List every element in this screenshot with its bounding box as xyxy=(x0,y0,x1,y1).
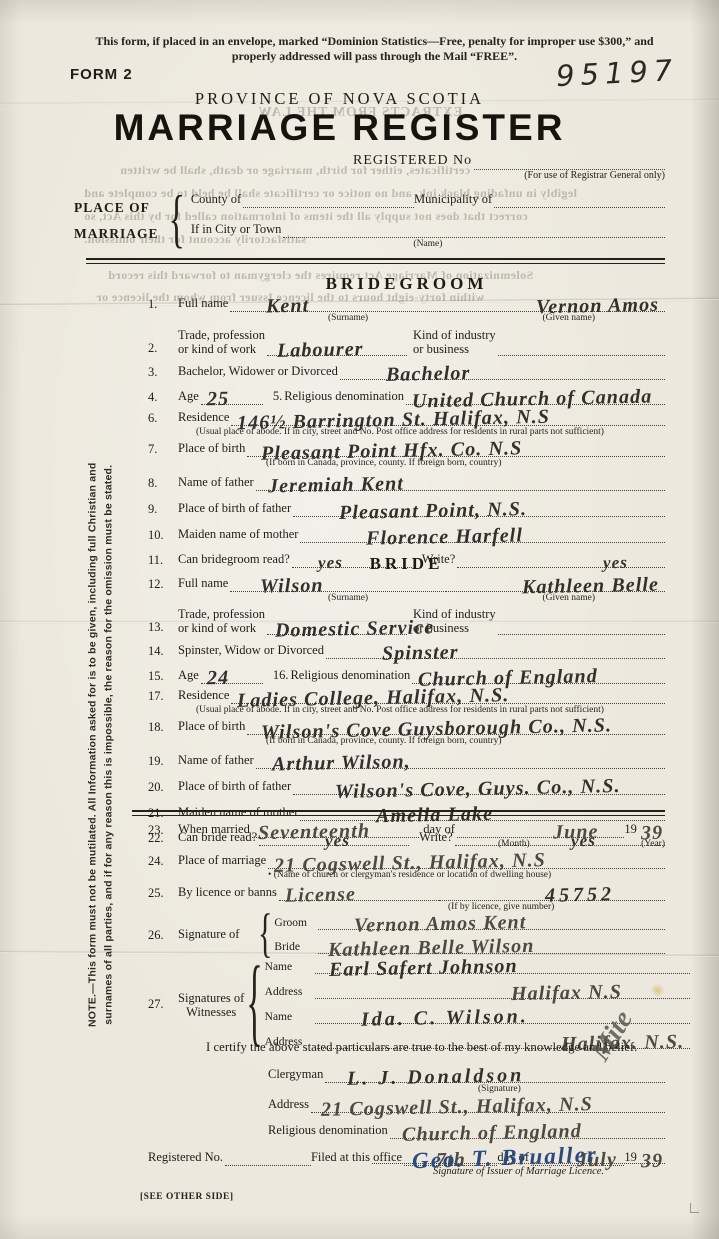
handwritten-day-written: Seventeenth xyxy=(252,827,376,839)
field-licence-banns: 25. By licence or banns License 45752 xyxy=(148,885,665,901)
handwritten-issuer-signature: Geo. T. Brualler xyxy=(412,1149,598,1166)
field-number: 14. xyxy=(148,644,178,659)
field-signatures-witnesses: 27. Signatures ofWitnesses { Name Earl S… xyxy=(148,960,665,1049)
bridegroom-heading: BRIDEGROOM xyxy=(148,274,665,294)
handwritten-surname: Wilson xyxy=(254,581,330,592)
field-number: 8. xyxy=(148,476,178,491)
address-label: Address xyxy=(268,1097,311,1113)
bride-signature-row: Bride Kathleen Belle Wilson xyxy=(274,940,665,954)
handwritten-given-name: Kathleen Belle xyxy=(516,580,665,592)
registered-no-blank xyxy=(474,156,665,170)
municipality-blank xyxy=(494,194,665,208)
field-number: 6. xyxy=(148,411,178,426)
field-number2: 5. xyxy=(263,389,284,405)
field-label: Residence xyxy=(178,688,231,704)
county-label: County of xyxy=(191,192,243,208)
field-bachelor: 3. Bachelor, Widower or Divorced Bachelo… xyxy=(148,364,665,380)
label-line1: Trade, profession xyxy=(178,328,265,342)
handwritten-bride-signature: Kathleen Belle Wilson xyxy=(322,942,541,956)
field-number: 20. xyxy=(148,780,178,795)
witness1-address-row: Address Halifax N.S xyxy=(265,985,690,999)
registered-no-line: REGISTERED No xyxy=(353,153,665,170)
witness1-name-row: Name Earl Safert Johnson xyxy=(265,960,690,974)
field-number: 2. xyxy=(148,341,178,356)
field-number2: 16. xyxy=(263,668,291,684)
denomination-label: Religious denomination xyxy=(290,668,412,684)
surname-note: (Surname) xyxy=(328,593,368,603)
municipality-label: Municipality of xyxy=(414,192,494,208)
field-signatures-couple: 26. Signature of { Groom Vernon Amos Ken… xyxy=(148,916,665,954)
county-blank xyxy=(243,194,414,208)
handwritten-witness1-address: Halifax N.S xyxy=(505,988,628,1000)
field-number: 7. xyxy=(148,442,178,457)
field-age-denomination-groom: 4. Age 25 5. Religious denomination Unit… xyxy=(148,389,665,405)
clergyman-denomination-row: Religious denomination Church of England xyxy=(268,1123,665,1139)
side-note: NOTE.—This form must not be mutilated. A… xyxy=(85,435,117,1055)
handwritten-residence: 146½ Barrington St. Halifax, N.S xyxy=(231,413,556,429)
place-label-line2: MARRIAGE xyxy=(74,221,159,247)
handwritten-marriage-place: 21 Cogswell St., Halifax, N.S xyxy=(268,856,552,871)
field-label: Trade, professionor kind of work xyxy=(178,607,267,635)
field-label: Signature of xyxy=(178,927,258,943)
surname-note: (Surname) xyxy=(328,313,368,323)
field-number: 25. xyxy=(148,886,178,901)
handwritten-year: 39 xyxy=(639,829,665,839)
age-label: Age xyxy=(178,668,201,684)
place-of-marriage-block: PLACE OF MARRIAGE { County of Municipali… xyxy=(74,192,665,249)
handwritten-father-name: Jeremiah Kent xyxy=(262,479,410,491)
licence-number-note: (If by licence, give number) xyxy=(448,902,554,912)
bride-heading: BRIDE xyxy=(148,554,665,574)
handwritten-given-name: Vernon Amos xyxy=(530,301,665,313)
field-label: When married xyxy=(178,822,252,838)
province-heading: PROVINCE OF NOVA SCOTIA xyxy=(0,89,679,109)
mail-notice-line1: This form, if placed in an envelope, mar… xyxy=(88,34,661,49)
handwritten-father-name: Arthur Wilson, xyxy=(266,757,417,769)
denomination-label: Religious denomination xyxy=(268,1123,390,1139)
handwritten-licence: License xyxy=(279,890,362,901)
page-title: MARRIAGE REGISTER xyxy=(0,107,679,149)
field-label: Place of birth xyxy=(178,441,247,457)
place-of-marriage-label: PLACE OF MARRIAGE xyxy=(74,195,159,246)
field-label: Signatures ofWitnesses xyxy=(178,991,246,1019)
handwritten-groom-signature: Vernon Amos Kent xyxy=(348,918,533,931)
clergyman-label: Clergyman xyxy=(268,1067,325,1083)
field-number: 23. xyxy=(148,823,178,838)
see-other-side-note: [SEE OTHER SIDE] xyxy=(140,1192,234,1202)
handwritten-birthplace: Pleasant Point Hfx. Co. N.S xyxy=(255,444,529,459)
field-full-name-groom: 1. Full name Kent Vernon Amos xyxy=(148,296,665,312)
field-label: Trade, professionor kind of work xyxy=(178,328,267,356)
handwritten-witness2-name: Ida. C. Wilson. xyxy=(355,1012,535,1025)
field-father-birthplace-groom: 9. Place of birth of father Pleasant Poi… xyxy=(148,501,665,517)
day-of-label: day of xyxy=(419,822,457,838)
label-line1: Trade, profession xyxy=(178,607,265,621)
field-label: Maiden name of mother xyxy=(178,527,300,543)
field-label: Name of father xyxy=(178,753,256,769)
field-trade-bride: 13. Trade, professionor kind of work Dom… xyxy=(148,607,665,635)
label-line2: Witnesses xyxy=(186,1005,236,1019)
field-label: Place of birth of father xyxy=(178,501,293,517)
field-birthplace-bride: 18. Place of birth Wilson's Cove Guysbor… xyxy=(148,719,665,735)
issuer-signature-block: Geo. T. Brualler Signature of Issuer of … xyxy=(372,1147,665,1177)
label-line2: or business xyxy=(413,342,469,356)
bride-label: Bride xyxy=(274,941,318,954)
clergyman-address-row: Address 21 Cogswell St., Halifax, N.S xyxy=(268,1097,665,1113)
field-label2: Kind of industryor business xyxy=(407,328,498,356)
double-rule xyxy=(132,810,665,816)
field-label: Spinster, Widow or Divorced xyxy=(178,643,326,659)
field-birthplace-groom: 7. Place of birth Pleasant Point Hfx. Co… xyxy=(148,441,665,457)
handwritten-clergyman-denomination: Church of England xyxy=(396,1127,588,1140)
handwritten-mother-name: Florence Harfell xyxy=(360,531,529,544)
handwritten-status: Bachelor xyxy=(380,369,477,380)
handwritten-birthplace: Wilson's Cove Guysborough Co., N.S. xyxy=(255,721,618,738)
handwritten-denomination: Church of England xyxy=(412,672,604,685)
field-father-birthplace-bride: 20. Place of birth of father Wilson's Co… xyxy=(148,779,665,795)
handwritten-age: 24 xyxy=(201,674,235,684)
field-number: 27. xyxy=(148,997,178,1012)
registered-no-label: REGISTERED No xyxy=(353,153,474,170)
handwritten-serial-number: 95197 xyxy=(555,53,679,93)
field-number: 17. xyxy=(148,689,178,704)
corner-mark xyxy=(690,1203,699,1213)
label-line1: Kind of industry xyxy=(413,328,496,342)
field-label: Place of birth of father xyxy=(178,779,293,795)
field-label: Full name xyxy=(178,296,230,312)
field-label: Place of marriage xyxy=(178,853,268,869)
field-when-married: 23. When married Seventeenth day of June… xyxy=(148,822,665,838)
handwritten-residence: Ladies College, Halifax, N.S. xyxy=(231,691,516,706)
side-note-line2: surnames of all parties, and if for any … xyxy=(101,435,117,1055)
year-prefix: 19 xyxy=(624,822,639,838)
groom-signature-row: Groom Vernon Amos Kent xyxy=(274,916,665,930)
handwritten-denomination: United Church of Canada xyxy=(406,392,658,406)
handwritten-licence-number: 45752 xyxy=(539,890,621,901)
handwritten-status: Spinster xyxy=(376,648,465,659)
groom-label: Groom xyxy=(274,917,318,930)
field-father-bride: 19. Name of father Arthur Wilson, xyxy=(148,753,665,769)
side-note-line1: NOTE.—This form must not be mutilated. A… xyxy=(85,435,101,1055)
field-label: Name of father xyxy=(178,475,256,491)
handwritten-trade: Labourer xyxy=(271,345,370,356)
marriage-register-scan: EXTRACTS FROM THE LAW certificates, eith… xyxy=(0,0,719,1239)
marriage-details-section: 23. When married Seventeenth day of June… xyxy=(148,822,665,1049)
field-label: Full name xyxy=(178,576,230,592)
field-residence-bride: 17. Residence Ladies College, Halifax, N… xyxy=(148,688,665,704)
left-brace: { xyxy=(169,184,185,256)
age-label: Age xyxy=(178,389,201,405)
field-place-of-marriage: 24. Place of marriage 21 Cogswell St., H… xyxy=(148,853,665,869)
field-spinster: 14. Spinster, Widow or Divorced Spinster xyxy=(148,643,665,659)
field-label: Place of birth xyxy=(178,719,247,735)
field-mother-groom: 10. Maiden name of mother Florence Harfe… xyxy=(148,527,665,543)
label-line2: or kind of work xyxy=(178,342,256,356)
place-label-line1: PLACE OF xyxy=(74,195,159,221)
field-number: 15. xyxy=(148,669,178,684)
field-number: 24. xyxy=(148,854,178,869)
field-label: By licence or banns xyxy=(178,885,279,901)
handwritten-clergyman-signature: L. J. Donaldson xyxy=(341,1071,530,1084)
field-number: 26. xyxy=(148,928,178,943)
denomination-label: Religious denomination xyxy=(284,389,406,405)
field-number: 3. xyxy=(148,365,178,380)
handwritten-surname: Kent xyxy=(260,301,315,311)
clergyman-signature-row: Clergyman L. J. Donaldson xyxy=(268,1067,665,1083)
name-note: (Name) xyxy=(413,239,442,249)
form-number: FORM 2 xyxy=(70,66,133,83)
label-line1: Signatures of xyxy=(178,991,244,1005)
field-residence-groom: 6. Residence 146½ Barrington St. Halifax… xyxy=(148,410,665,426)
handwritten-father-birthplace: Pleasant Point, N.S. xyxy=(333,505,533,518)
double-rule xyxy=(86,258,665,264)
label-line2: or kind of work xyxy=(178,621,256,635)
field-number: 13. xyxy=(148,620,178,635)
handwritten-trade: Domestic Service xyxy=(269,623,440,636)
field-age-denomination-bride: 15. Age 24 16. Religious denomination Ch… xyxy=(148,668,665,684)
bride-section: 12. Full name Wilson Kathleen Belle (Sur… xyxy=(148,576,665,846)
field-father-groom: 8. Name of father Jeremiah Kent xyxy=(148,475,665,491)
field-number: 9. xyxy=(148,502,178,517)
handwritten-clergyman-address: 21 Cogswell St., Halifax, N.S xyxy=(315,1100,599,1115)
field-number: 18. xyxy=(148,720,178,735)
bridegroom-section: 1. Full name Kent Vernon Amos (Surname) … xyxy=(148,296,665,568)
field-label: Bachelor, Widower or Divorced xyxy=(178,364,340,380)
field-number: 4. xyxy=(148,390,178,405)
month-note: (Month) xyxy=(498,839,530,849)
field-number: 1. xyxy=(148,297,178,312)
registered-label: Registered No. xyxy=(148,1150,225,1166)
city-blank xyxy=(283,224,665,238)
handwritten-witness1-name: Earl Safert Johnson xyxy=(323,962,524,975)
registrar-only-note: (For use of Registrar General only) xyxy=(524,170,665,181)
field-number: 10. xyxy=(148,528,178,543)
address-label: Address xyxy=(265,986,315,999)
field-label: Residence xyxy=(178,410,231,426)
handwritten-age: 25 xyxy=(201,395,235,405)
field-full-name-bride: 12. Full name Wilson Kathleen Belle xyxy=(148,576,665,592)
city-label: If in City or Town xyxy=(191,222,284,238)
name-label: Name xyxy=(265,1011,315,1024)
field-number: 19. xyxy=(148,754,178,769)
handwritten-father-birthplace: Wilson's Cove, Guys. Co., N.S. xyxy=(329,782,627,797)
field-trade-groom: 2. Trade, professionor kind of work Labo… xyxy=(148,328,665,356)
field-number: 12. xyxy=(148,577,178,592)
handwritten-month: June xyxy=(547,827,605,837)
